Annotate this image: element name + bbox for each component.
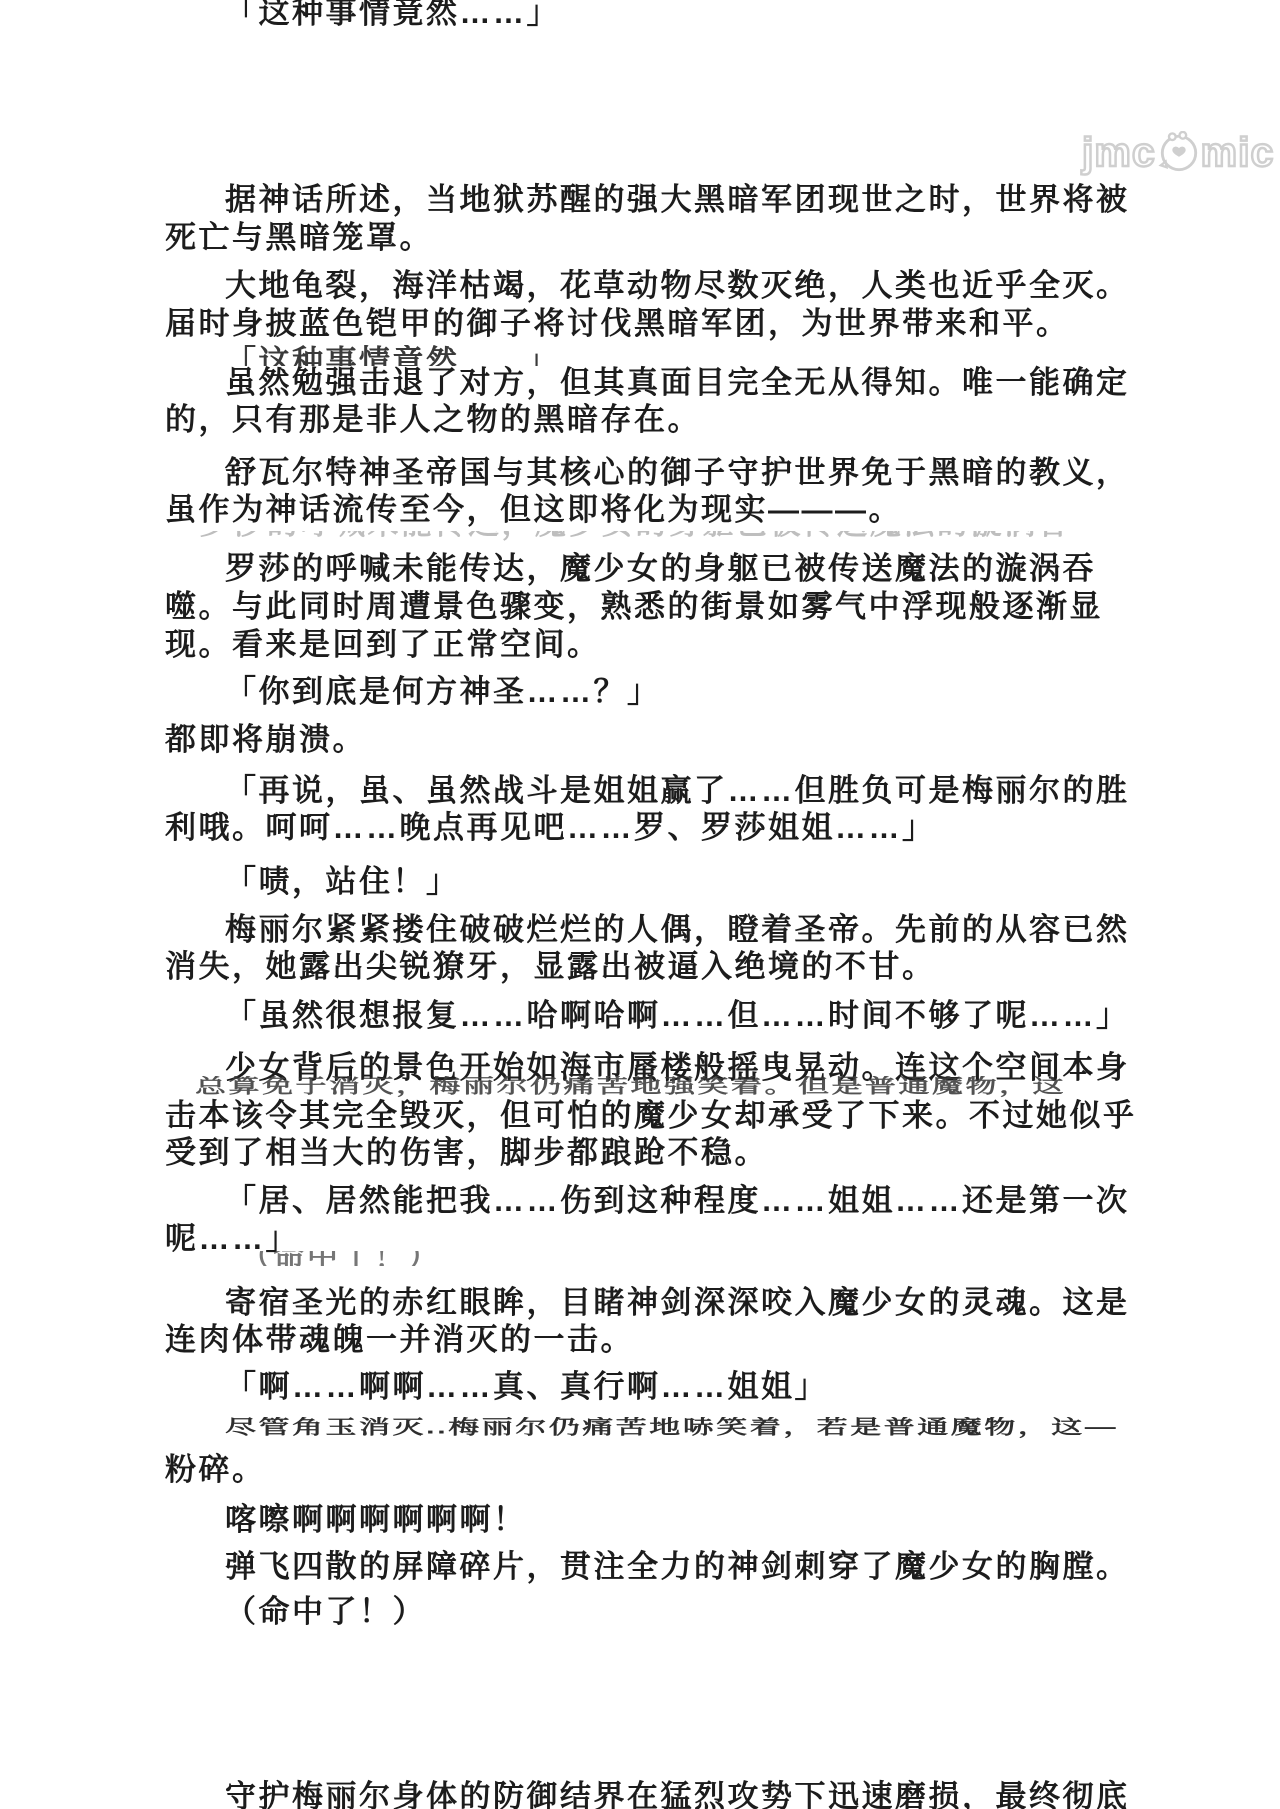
- text-line: 届时身披蓝色铠甲的御子将讨伐黑暗军团，为世界带来和平。: [165, 307, 1070, 342]
- text-line: 守护梅丽尔身体的防御结界在猛烈攻势下迅速磨损，最终彻底: [225, 1780, 1130, 1809]
- novel-page: jmc mic 「这种事情竟然……」 据神话所述，当地狱苏醒的强大黑暗军团现世之…: [0, 0, 1280, 1809]
- watermark-text-left: jmc: [1082, 132, 1156, 173]
- text-line: 粉碎。: [165, 1453, 266, 1488]
- text-line: 「你到底是何方神圣……？」: [225, 675, 661, 710]
- text-line: 「啧，站住！」: [225, 865, 460, 900]
- text-line: 「虽然很想报复……哈啊哈啊……但……时间不够了呢……」: [225, 999, 1130, 1034]
- ghost-text: 总算免于消灭，梅丽尔仍痛苦地强笑着。但是普通魔物，这: [195, 1076, 1195, 1098]
- ghost-text: 罗莎的呼喊未能传达，魔少女的身躯已被传送魔法的漩涡吞: [200, 531, 1280, 542]
- ghost-line-sliver: （命中了！）: [0, 1251, 1280, 1266]
- jmcomic-watermark: jmc mic: [1082, 128, 1274, 176]
- text-line: 「这种事情竟然……」: [225, 0, 560, 31]
- text-line: 死亡与黑暗笼罩。: [165, 221, 433, 256]
- watermark-text-right: mic: [1201, 132, 1275, 173]
- text-line: 都即将崩溃。: [165, 723, 366, 758]
- text-line: （命中了！）: [225, 1595, 426, 1630]
- text-line: 弹飞四散的屏障碎片，贯注全力的神剑刺穿了魔少女的胸膛。: [225, 1550, 1130, 1585]
- text-line: 「啊……啊啊……真、真行啊……姐姐」: [225, 1370, 828, 1405]
- ghost-text: 尽管角玉消灭..梅丽尔仍痛苦地哧笑着，若是普通魔物，这—: [225, 1417, 1225, 1439]
- text-line: 利哦。呵呵……晚点再见吧……罗、罗莎姐姐……」: [165, 811, 936, 846]
- ghost-text: （命中了！）: [240, 1251, 1280, 1266]
- text-line: 梅丽尔紧紧搂住破破烂烂的人偶，瞪着圣帝。先前的从容已然: [225, 913, 1130, 948]
- text-line: 噬。与此同时周遭景色骤变，熟悉的街景如雾气中浮现般逐渐显: [165, 590, 1103, 625]
- text-line: 的，只有那是非人之物的黑暗存在。: [165, 403, 701, 438]
- text-line: 虽作为神话流传至今，但这即将化为现实———。: [165, 493, 902, 528]
- text-line: 据神话所述，当地狱苏醒的强大黑暗军团现世之时，世界将被: [225, 183, 1130, 218]
- text-line: 舒瓦尔特神圣帝国与其核心的御子守护世界免于黑暗的教义，: [225, 456, 1130, 491]
- text-line: 现。看来是回到了正常空间。: [165, 628, 601, 663]
- text-line: 击本该令其完全毁灭，但可怕的魔少女却承受了下来。不过她似乎: [165, 1099, 1137, 1134]
- ghost-line-squished: 尽管角玉消灭..梅丽尔仍痛苦地哧笑着，若是普通魔物，这—: [225, 1417, 1225, 1443]
- text-line: 「再说，虽、虽然战斗是姐姐赢了……但胜负可是梅丽尔的胜: [225, 774, 1130, 809]
- text-line: 虽然勉强击退了对方，但其真面目完全无从得知。唯一能确定: [225, 366, 1130, 401]
- ghost-line-partial: 「这种事情竟然……」: [0, 345, 1280, 366]
- text-line: 罗莎的呼喊未能传达，魔少女的身躯已被传送魔法的漩涡吞: [225, 552, 1096, 587]
- text-line: 受到了相当大的伤害，脚步都踉跄不稳。: [165, 1136, 768, 1171]
- text-line: 喀嚓啊啊啊啊啊啊！: [225, 1503, 527, 1538]
- ghost-line-squished: 总算免于消灭，梅丽尔仍痛苦地强笑着。但是普通魔物，这: [195, 1076, 1195, 1099]
- ghost-text: 「这种事情竟然……」: [225, 345, 1280, 366]
- text-line: 寄宿圣光的赤红眼眸，目睹神剑深深咬入魔少女的灵魂。这是: [225, 1286, 1130, 1321]
- watermark-mascot-icon: [1158, 131, 1200, 173]
- text-line: 连肉体带魂魄一并消灭的一击。: [165, 1323, 634, 1358]
- text-line: 大地龟裂，海洋枯竭，花草动物尽数灭绝，人类也近乎全灭。: [225, 269, 1130, 304]
- ghost-line-sliver: 罗莎的呼喊未能传达，魔少女的身躯已被传送魔法的漩涡吞: [0, 531, 1280, 544]
- text-line: 「居、居然能把我……伤到这种程度……姐姐……还是第一次: [225, 1184, 1130, 1219]
- text-line: 消失，她露出尖锐獠牙，显露出被逼入绝境的不甘。: [165, 950, 936, 985]
